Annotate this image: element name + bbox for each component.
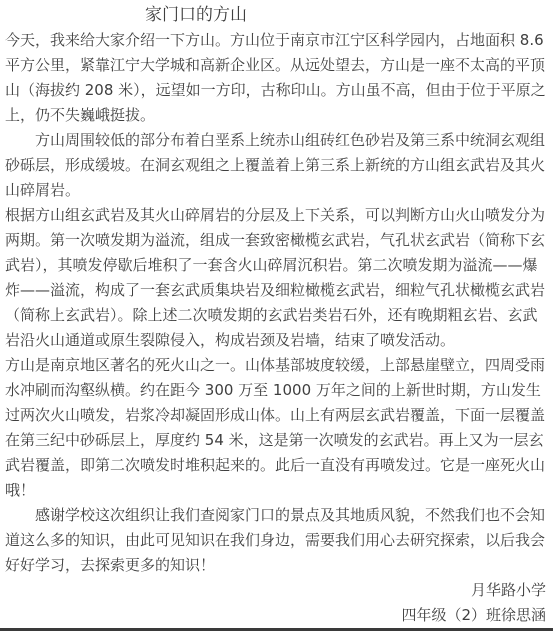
bottom-edge-rule <box>0 628 553 631</box>
signature-author: 四年级（2）班徐思涵 <box>5 603 546 628</box>
essay-content: 家门口的方山 今天，我来给大家介绍一下方山。方山位于南京市江宁区科学园内，占地面… <box>0 0 553 628</box>
paragraph-thanks: 感谢学校这次组织让我们查阅家门口的景点及其地质风貌，不然我们也不会知道这么多的知… <box>5 503 546 578</box>
essay-title: 家门口的方山 <box>145 3 546 28</box>
paragraph-surrounding-geology: 方山周围较低的部分布着白垩系上统赤山组砖红色砂岩及第三系中统洞玄观组砂砾层，形成… <box>5 128 546 203</box>
paragraph-intro: 今天，我来给大家介绍一下方山。方山位于南京市江宁区科学园内，占地面积 8.6 平… <box>5 28 546 128</box>
essay-page: 家门口的方山 今天，我来给大家介绍一下方山。方山位于南京市江宁区科学园内，占地面… <box>0 0 553 635</box>
signature-school: 月华路小学 <box>5 578 546 603</box>
paragraph-dead-volcano: 方山是南京地区著名的死火山之一。山体基部坡度较缓，上部悬崖壁立，四周受雨水冲刷而… <box>5 353 546 503</box>
paragraph-eruption-phases: 根据方山组玄武岩及其火山碎屑岩的分层及上下关系，可以判断方山火山喷发分为两期。第… <box>5 203 546 353</box>
